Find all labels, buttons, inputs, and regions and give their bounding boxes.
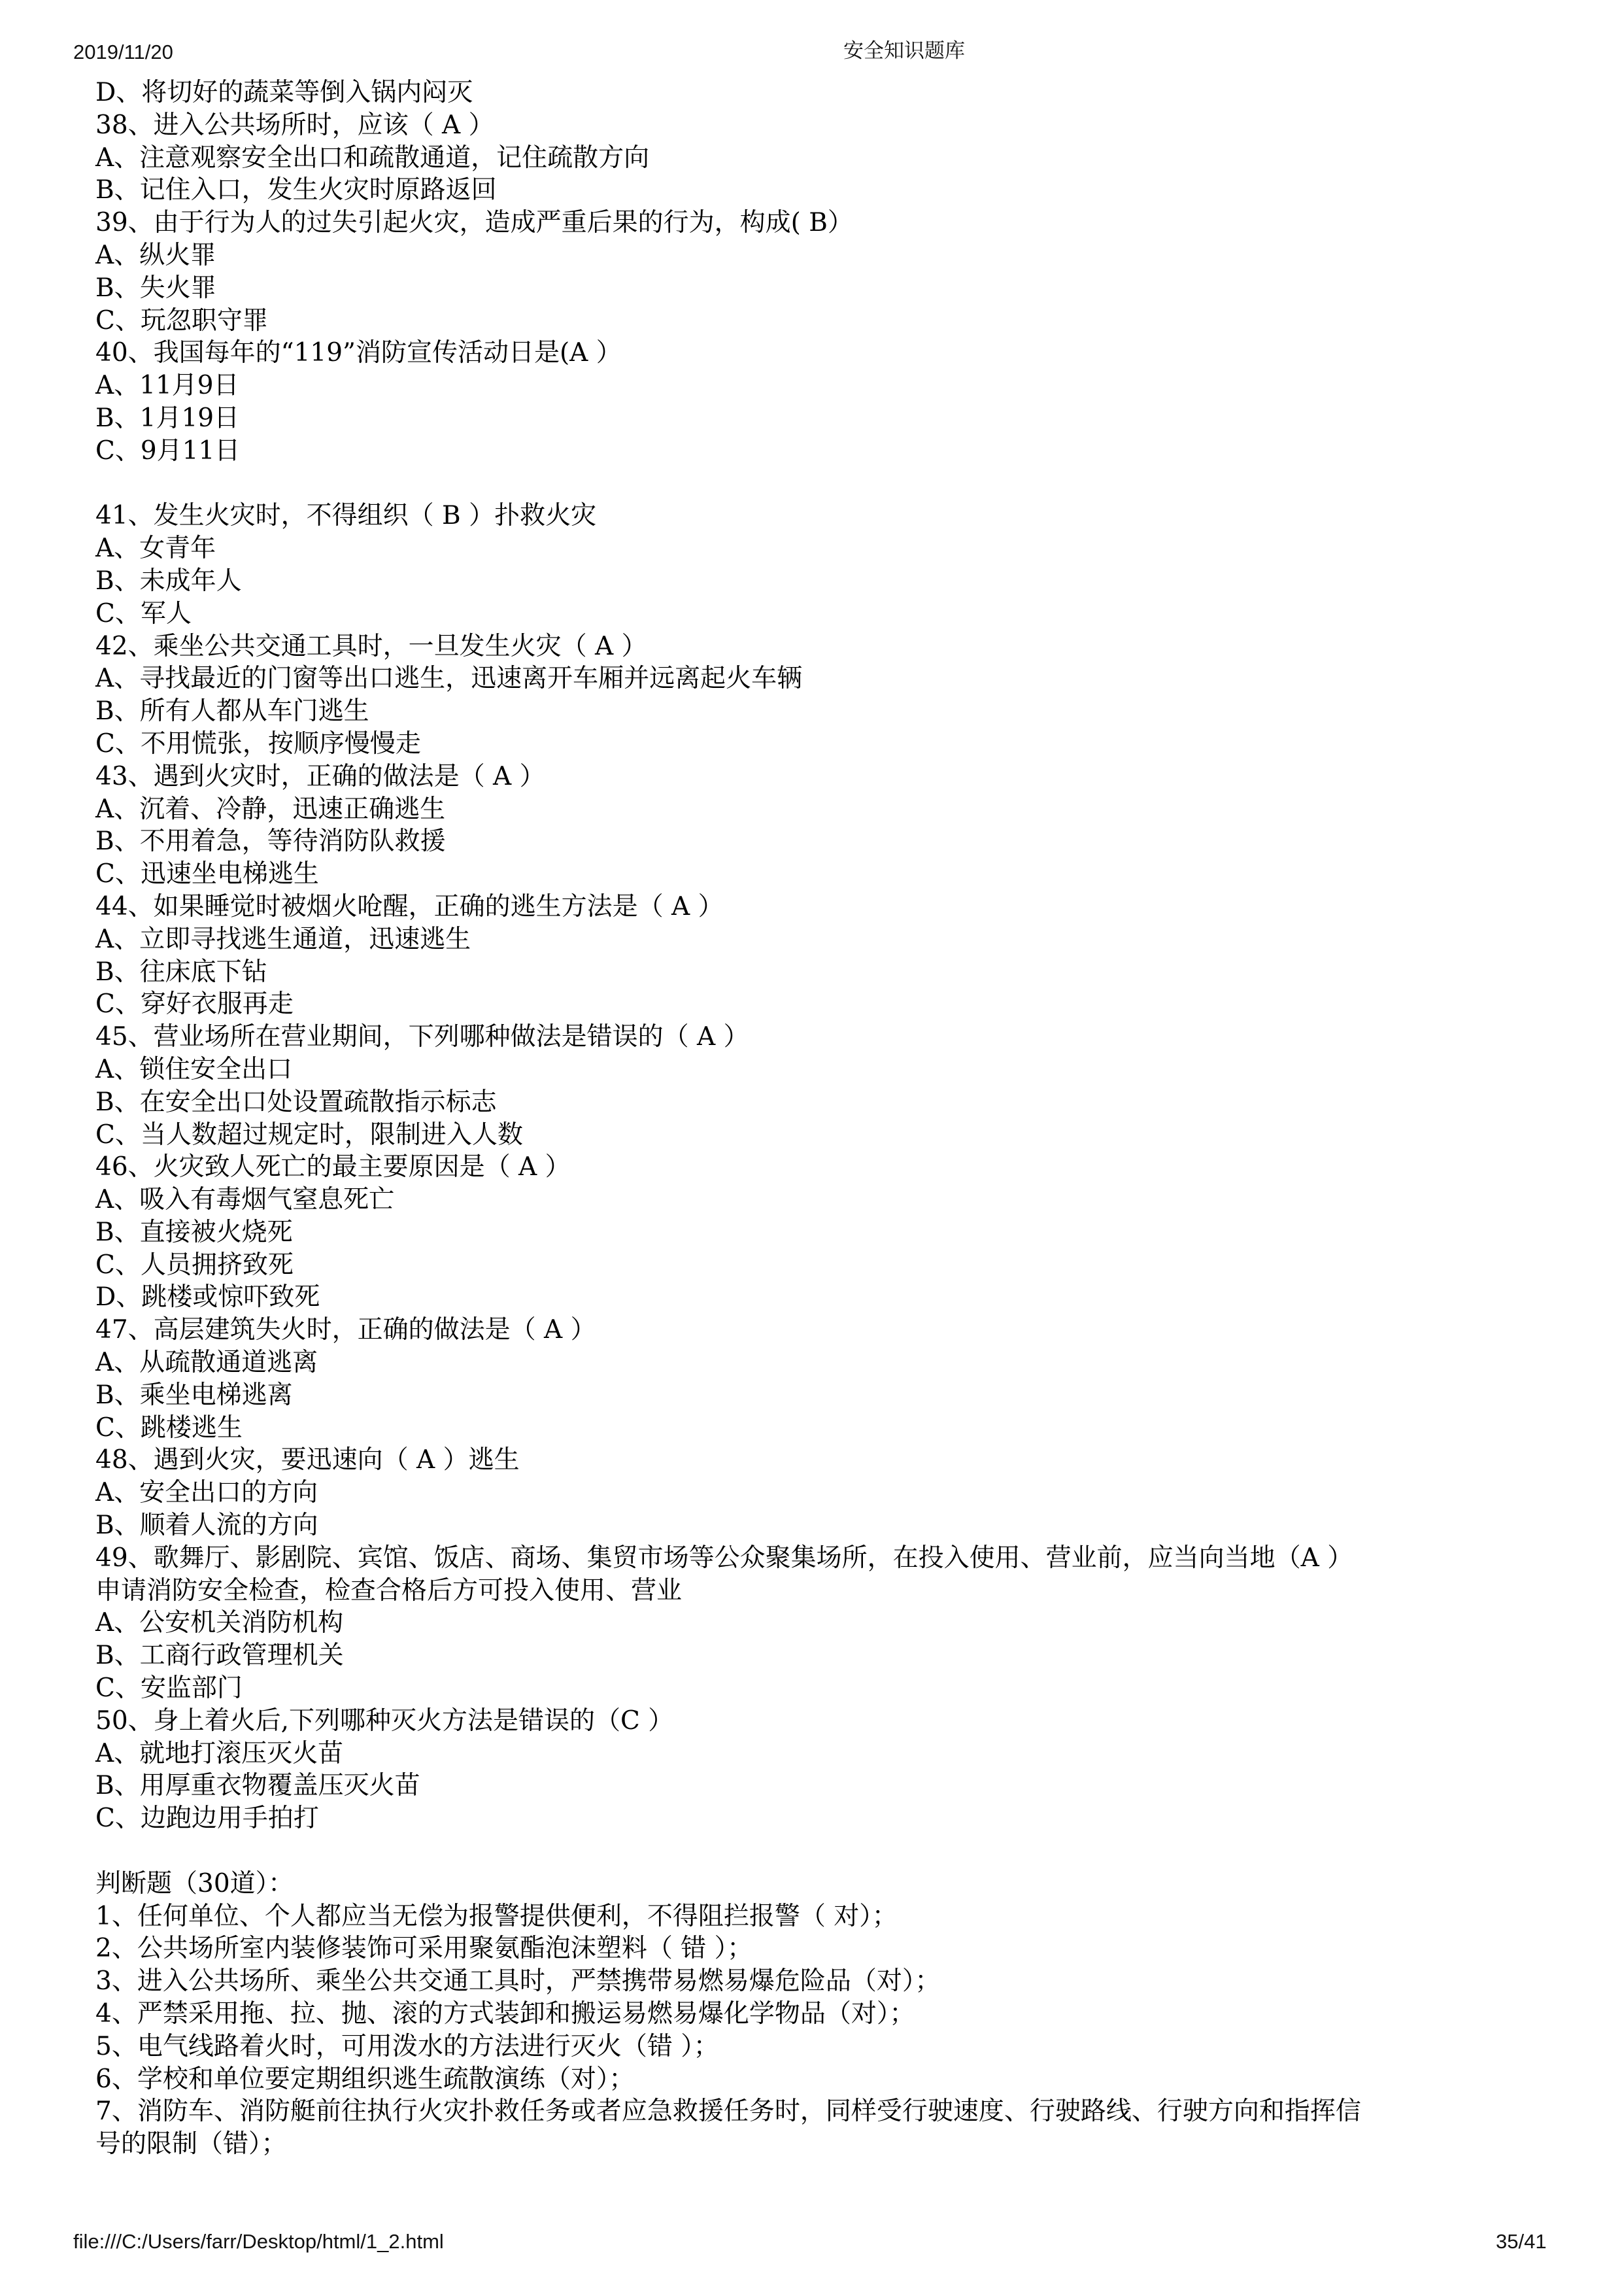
option-line: B、在安全出口处设置疏散指示标志 (95, 1086, 1553, 1119)
option-line: A、吸入有毒烟气窒息死亡 (95, 1184, 1553, 1216)
option-line: B、所有人都从车门逃生 (95, 695, 1553, 728)
option-line: B、直接被火烧死 (95, 1216, 1553, 1249)
option-line: B、记住入口，发生火灾时原路返回 (95, 174, 1553, 207)
option-line: B、乘坐电梯逃离 (95, 1379, 1553, 1412)
blank-line (95, 468, 1553, 500)
option-line: B、未成年人 (95, 565, 1553, 598)
option-line: B、顺着人流的方向 (95, 1509, 1553, 1542)
question-45: 45、营业场所在营业期间，下列哪种做法是错误的（ A ） (95, 1021, 1553, 1054)
option-line: C、穿好衣服再走 (95, 988, 1553, 1021)
tf-question-4: 4、严禁采用拖、拉、抛、滚的方式装卸和搬运易燃易爆化学物品（对）； (95, 1998, 1553, 2030)
option-line: B、往床底下钻 (95, 956, 1553, 989)
option-line: B、1月19日 (95, 402, 1553, 435)
question-49-continued: 申请消防安全检查，检查合格后方可投入使用、营业 (95, 1575, 1553, 1607)
tf-question-3: 3、进入公共场所、乘坐公共交通工具时，严禁携带易燃易爆危险品（对）； (95, 1965, 1553, 1998)
page-number: 35/41 (1496, 2230, 1547, 2253)
question-47: 47、高层建筑失火时，正确的做法是（ A ） (95, 1314, 1553, 1346)
option-line: A、立即寻找逃生通道，迅速逃生 (95, 923, 1553, 956)
option-line: C、军人 (95, 598, 1553, 630)
question-43: 43、遇到火灾时，正确的做法是（ A ） (95, 761, 1553, 793)
option-line: A、安全出口的方向 (95, 1477, 1553, 1509)
section-heading-true-false: 判断题（30道）： (95, 1868, 1553, 1900)
option-line: C、9月11日 (95, 435, 1553, 468)
option-line: C、安监部门 (95, 1672, 1553, 1705)
option-line: D、将切好的蔬菜等倒入锅内闷灭 (95, 77, 1553, 109)
tf-question-5: 5、电气线路着火时，可用泼水的方法进行灭火（错 ）； (95, 2030, 1553, 2063)
question-48: 48、遇到火灾，要迅速向（ A ）逃生 (95, 1444, 1553, 1477)
option-line: A、注意观察安全出口和疏散通道，记住疏散方向 (95, 142, 1553, 175)
option-line: A、女青年 (95, 532, 1553, 565)
blank-line (95, 1835, 1553, 1868)
question-39: 39、由于行为人的过失引起火灾，造成严重后果的行为，构成( B） (95, 207, 1553, 239)
option-line: B、失火罪 (95, 272, 1553, 305)
document-body: D、将切好的蔬菜等倒入锅内闷灭 38、进入公共场所时，应该（ A ） A、注意观… (95, 77, 1553, 2161)
option-line: A、锁住安全出口 (95, 1054, 1553, 1086)
print-date: 2019/11/20 (73, 41, 173, 64)
option-line: B、用厚重衣物覆盖压灭火苗 (95, 1770, 1553, 1802)
option-line: C、迅速坐电梯逃生 (95, 858, 1553, 891)
option-line: A、从疏散通道逃离 (95, 1346, 1553, 1379)
question-40: 40、我国每年的“119”消防宣传活动日是(A ） (95, 337, 1553, 369)
option-line: C、当人数超过规定时，限制进入人数 (95, 1119, 1553, 1152)
question-50: 50、身上着火后,下列哪种灭火方法是错误的（C ） (95, 1705, 1553, 1738)
option-line: B、工商行政管理机关 (95, 1639, 1553, 1672)
option-line: A、纵火罪 (95, 239, 1553, 272)
option-line: A、就地打滚压灭火苗 (95, 1738, 1553, 1770)
tf-question-6: 6、学校和单位要定期组织逃生疏散演练（对）； (95, 2063, 1553, 2096)
option-line: C、边跑边用手拍打 (95, 1802, 1553, 1835)
option-line: A、11月9日 (95, 369, 1553, 402)
file-url: file:///C:/Users/farr/Desktop/html/1_2.h… (73, 2230, 444, 2253)
question-41: 41、发生火灾时，不得组织（ B ）扑救火灾 (95, 500, 1553, 532)
option-line: A、寻找最近的门窗等出口逃生，迅速离开车厢并远离起火车辆 (95, 662, 1553, 695)
question-44: 44、如果睡觉时被烟火呛醒，正确的逃生方法是（ A ） (95, 891, 1553, 923)
question-46: 46、火灾致人死亡的最主要原因是（ A ） (95, 1151, 1553, 1184)
option-line: C、人员拥挤致死 (95, 1249, 1553, 1282)
document-title: 安全知识题库 (843, 39, 965, 63)
tf-question-1: 1、任何单位、个人都应当无偿为报警提供便利，不得阻拦报警（ 对）； (95, 1900, 1553, 1933)
option-line: A、公安机关消防机构 (95, 1607, 1553, 1639)
question-38: 38、进入公共场所时，应该（ A ） (95, 109, 1553, 142)
option-line: A、沉着、冷静，迅速正确逃生 (95, 793, 1553, 826)
question-42: 42、乘坐公共交通工具时，一旦发生火灾（ A ） (95, 630, 1553, 663)
option-line: C、玩忽职守罪 (95, 305, 1553, 337)
tf-question-7: 7、消防车、消防艇前往执行火灾扑救任务或者应急救援任务时，同样受行驶速度、行驶路… (95, 2095, 1553, 2128)
question-49: 49、歌舞厅、影剧院、宾馆、饭店、商场、集贸市场等公众聚集场所，在投入使用、营业… (95, 1542, 1553, 1575)
option-line: C、跳楼逃生 (95, 1412, 1553, 1445)
option-line: B、不用着急，等待消防队救援 (95, 825, 1553, 858)
option-line: C、不用慌张，按顺序慢慢走 (95, 728, 1553, 761)
tf-question-2: 2、公共场所室内装修装饰可采用聚氨酯泡沫塑料（ 错 ）； (95, 1932, 1553, 1965)
option-line: D、跳楼或惊吓致死 (95, 1281, 1553, 1314)
tf-question-7-continued: 号的限制（错）； (95, 2128, 1553, 2161)
